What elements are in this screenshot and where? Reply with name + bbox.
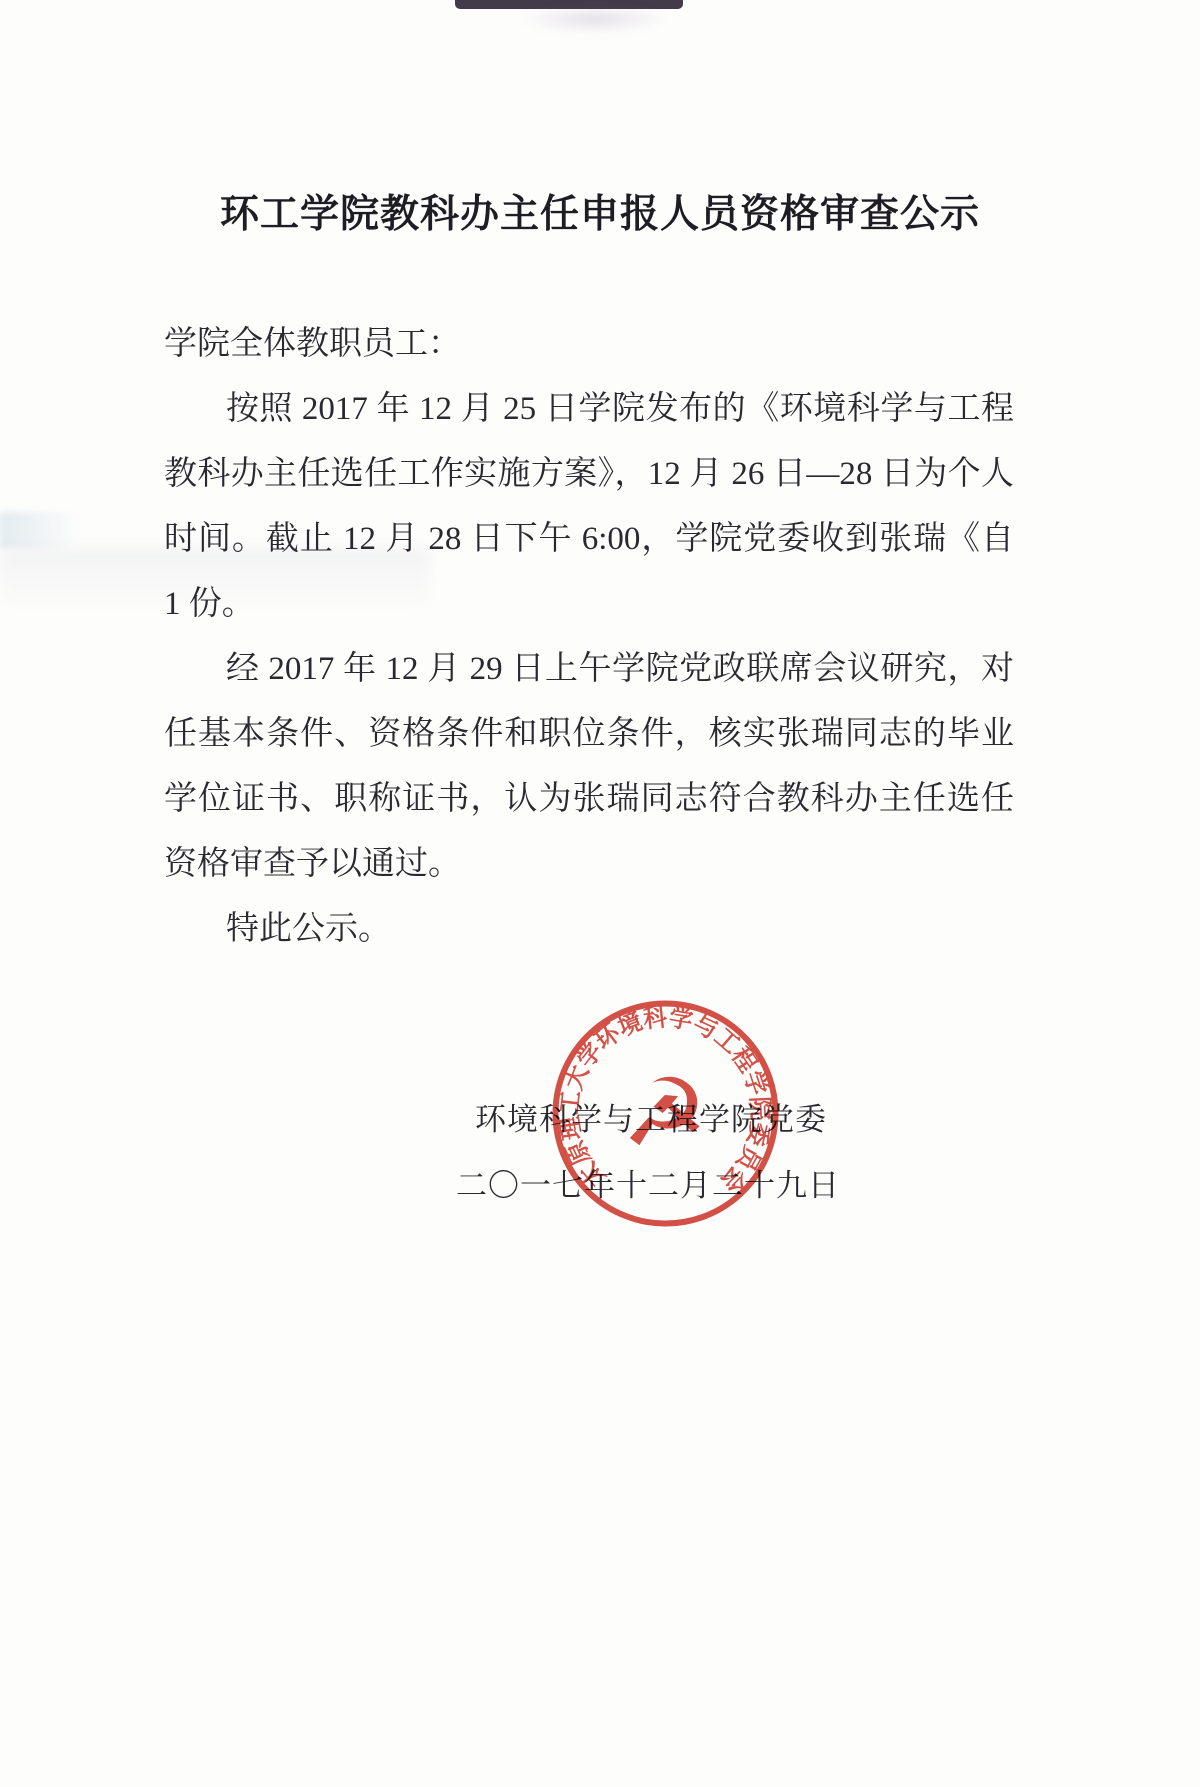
body-line-2: 教科办主任选任工作实施方案》，12 月 26 日—28 日为个人申报 — [164, 442, 1014, 507]
scanned-notice-page: { "document": { "title": "环工学院教科办主任申报人员资… — [0, 0, 1200, 1787]
body-line-7: 学位证书、职称证书，认为张瑞同志符合教科办主任选任条件， — [164, 767, 1014, 832]
body-line-8: 资格审查予以通过。 — [164, 832, 1014, 897]
hammer-and-sickle-icon: ☭ — [621, 1058, 710, 1171]
closing-line: 特此公示。 — [164, 897, 1014, 962]
official-seal: 太原理工大学环境科学与工程学院委员会 ☭ — [544, 992, 787, 1235]
document-body: 学院全体教职员工： 按照 2017 年 12 月 25 日学院发布的《环境科学与… — [164, 312, 1014, 962]
body-line-5: 经 2017 年 12 月 29 日上午学院党政联席会议研究，对照选 — [164, 637, 1014, 702]
document-title: 环工学院教科办主任申报人员资格审查公示 — [0, 183, 1200, 239]
scan-artifact-left-streak — [0, 512, 80, 548]
body-line-1: 按照 2017 年 12 月 25 日学院发布的《环境科学与工程学院 — [164, 377, 1014, 442]
body-line-4: 1 份。 — [164, 572, 1014, 637]
salutation: 学院全体教职员工： — [164, 312, 1014, 377]
scan-artifact-top-blur — [520, 4, 670, 34]
body-line-3: 时间。截止 12 月 28 日下午 6:00，学院党委收到张瑞《自荐表》 — [164, 507, 1014, 572]
document-title-text: 环工学院教科办主任申报人员资格审查公示 — [220, 193, 980, 236]
body-line-6: 任基本条件、资格条件和职位条件，核实张瑞同志的毕业证书、 — [164, 702, 1014, 767]
